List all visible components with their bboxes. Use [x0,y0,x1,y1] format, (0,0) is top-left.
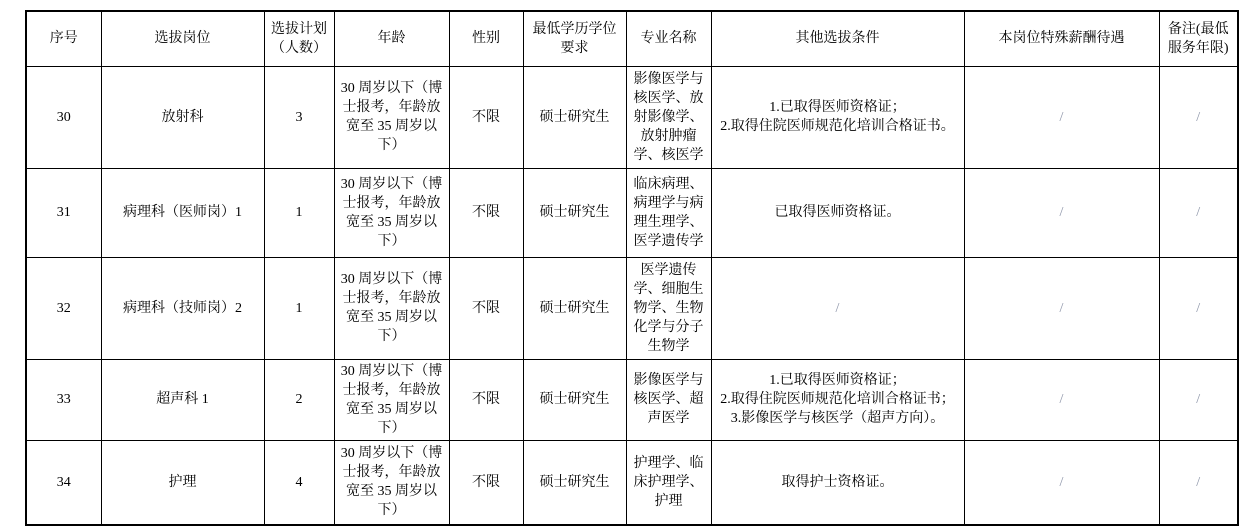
cell-serial: 30 [26,66,101,168]
cell-gender: 不限 [449,168,523,257]
cell-conditions: 已取得医师资格证。 [711,168,964,257]
header-education: 最低学历学位 要求 [523,11,626,66]
cell-education: 硕士研究生 [523,66,626,168]
table-row: 33 超声科 1 2 30 周岁以下（博士报考，年龄放宽至 35 周岁以下） 不… [26,359,1238,440]
cell-gender: 不限 [449,257,523,359]
cell-conditions: / [711,257,964,359]
cell-age: 30 周岁以下（博士报考，年龄放宽至 35 周岁以下） [334,66,449,168]
header-conditions: 其他选拔条件 [711,11,964,66]
cell-quota: 3 [264,66,334,168]
cell-gender: 不限 [449,66,523,168]
cell-major: 医学遗传学、细胞生物学、生物化学与分子生物学 [626,257,711,359]
cell-salary: / [964,168,1159,257]
cell-education: 硕士研究生 [523,440,626,525]
header-serial: 序号 [26,11,101,66]
cell-age: 30 周岁以下（博士报考，年龄放宽至 35 周岁以下） [334,168,449,257]
cell-note: / [1159,168,1238,257]
header-position: 选拔岗位 [101,11,264,66]
header-quota: 选拔计划 （人数） [264,11,334,66]
cell-serial: 31 [26,168,101,257]
cell-major: 影像医学与核医学、超声医学 [626,359,711,440]
cell-salary: / [964,359,1159,440]
table-row: 30 放射科 3 30 周岁以下（博士报考，年龄放宽至 35 周岁以下） 不限 … [26,66,1238,168]
cell-age: 30 周岁以下（博士报考，年龄放宽至 35 周岁以下） [334,359,449,440]
header-salary: 本岗位特殊薪酬待遇 [964,11,1159,66]
cell-position: 病理科（技师岗）2 [101,257,264,359]
cell-note: / [1159,440,1238,525]
cell-salary: / [964,66,1159,168]
cell-note: / [1159,359,1238,440]
cell-note: / [1159,66,1238,168]
header-row: 序号 选拔岗位 选拔计划 （人数） 年龄 性别 最低学历学位 要求 专业名称 其… [26,11,1238,66]
cell-major: 护理学、临床护理学、护理 [626,440,711,525]
cell-serial: 32 [26,257,101,359]
cell-age: 30 周岁以下（博士报考，年龄放宽至 35 周岁以下） [334,257,449,359]
table-row: 34 护理 4 30 周岁以下（博士报考，年龄放宽至 35 周岁以下） 不限 硕… [26,440,1238,525]
cell-position: 超声科 1 [101,359,264,440]
cell-conditions: 取得护士资格证。 [711,440,964,525]
cell-salary: / [964,440,1159,525]
cell-note: / [1159,257,1238,359]
cell-quota: 2 [264,359,334,440]
cell-gender: 不限 [449,359,523,440]
cell-quota: 1 [264,257,334,359]
cell-gender: 不限 [449,440,523,525]
cell-quota: 4 [264,440,334,525]
cell-education: 硕士研究生 [523,359,626,440]
selection-positions-table: 序号 选拔岗位 选拔计划 （人数） 年龄 性别 最低学历学位 要求 专业名称 其… [25,10,1239,526]
cell-position: 病理科（医师岗）1 [101,168,264,257]
header-gender: 性别 [449,11,523,66]
header-note: 备注(最低 服务年限) [1159,11,1238,66]
cell-position: 护理 [101,440,264,525]
cell-major: 影像医学与核医学、放射影像学、放射肿瘤学、核医学 [626,66,711,168]
cell-education: 硕士研究生 [523,257,626,359]
cell-salary: / [964,257,1159,359]
table-row: 32 病理科（技师岗）2 1 30 周岁以下（博士报考，年龄放宽至 35 周岁以… [26,257,1238,359]
cell-quota: 1 [264,168,334,257]
header-major: 专业名称 [626,11,711,66]
cell-age: 30 周岁以下（博士报考，年龄放宽至 35 周岁以下） [334,440,449,525]
cell-position: 放射科 [101,66,264,168]
table-row: 31 病理科（医师岗）1 1 30 周岁以下（博士报考，年龄放宽至 35 周岁以… [26,168,1238,257]
header-age: 年龄 [334,11,449,66]
cell-conditions: 1.已取得医师资格证； 2.取得住院医师规范化培训合格证书； 3.影像医学与核医… [711,359,964,440]
cell-serial: 34 [26,440,101,525]
cell-major: 临床病理、病理学与病理生理学、医学遗传学 [626,168,711,257]
cell-conditions: 1.已取得医师资格证； 2.取得住院医师规范化培训合格证书。 [711,66,964,168]
cell-serial: 33 [26,359,101,440]
cell-education: 硕士研究生 [523,168,626,257]
